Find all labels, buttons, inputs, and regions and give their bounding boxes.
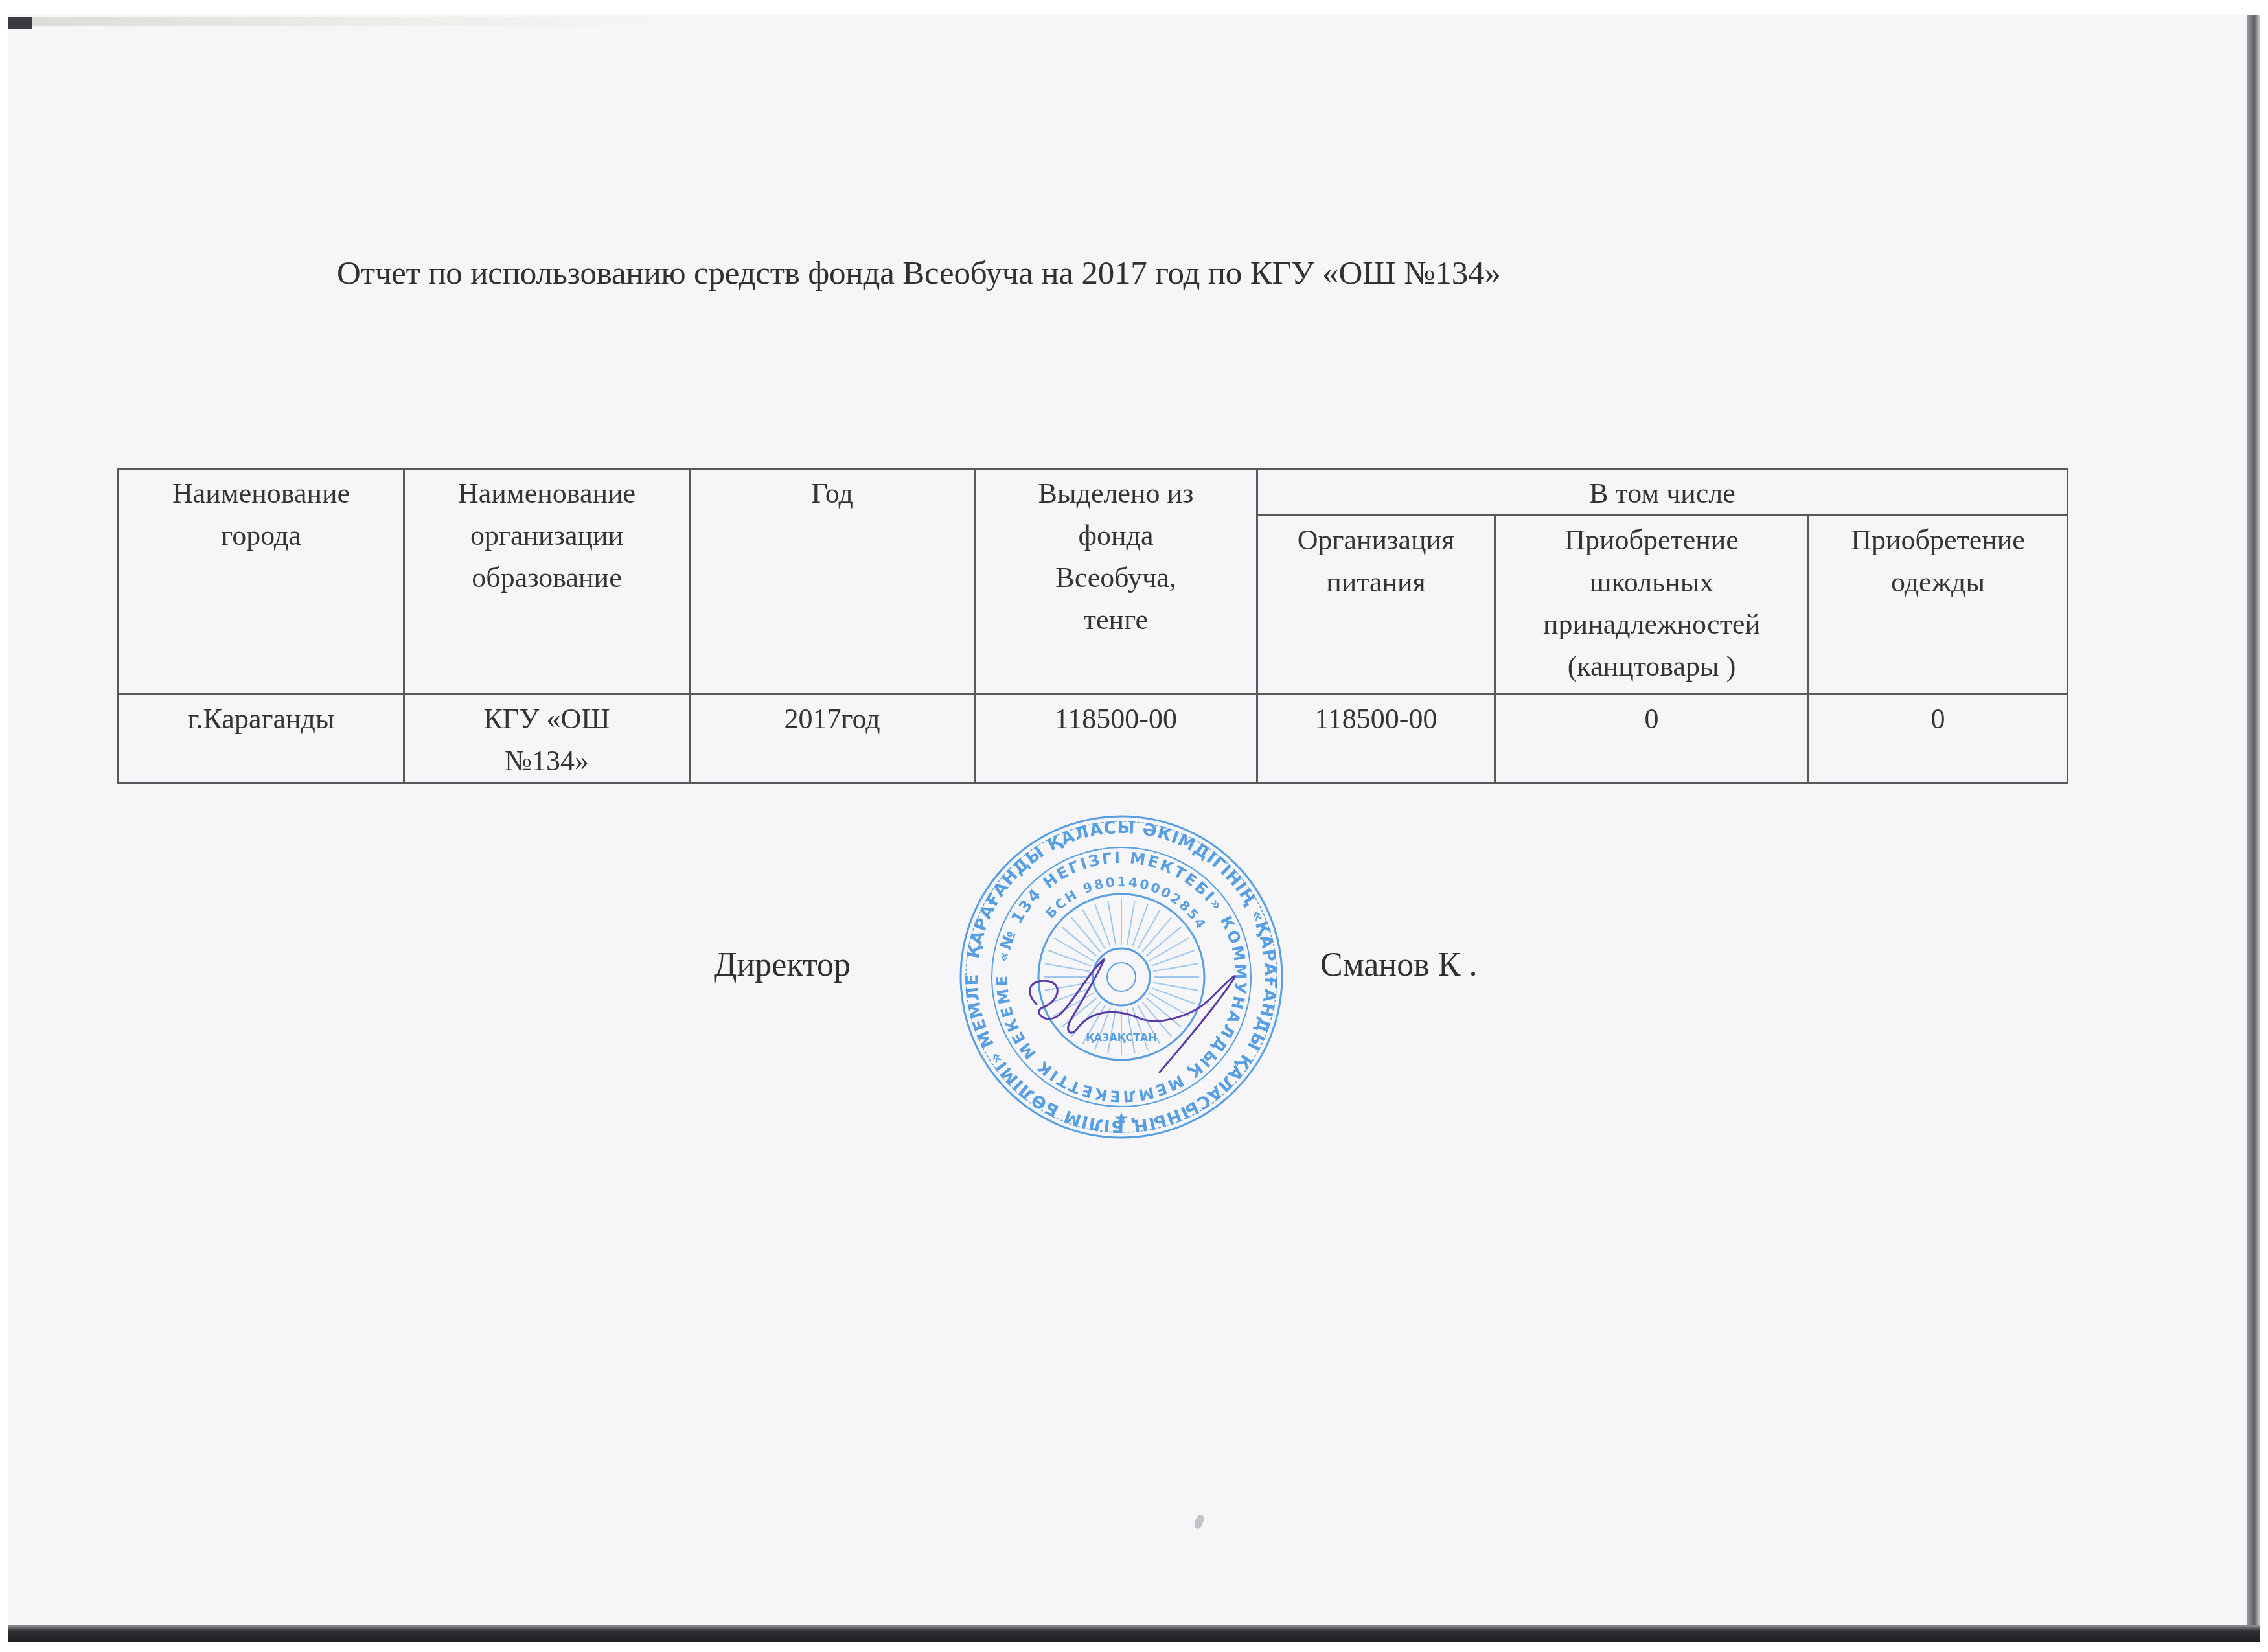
cell-organization: КГУ «ОШ №134» [404, 694, 690, 783]
funds-report-table: Наименование города Наименование организ… [117, 468, 2068, 784]
header-row: Наименование города Наименование организ… [119, 469, 2068, 516]
header-organization: Наименование организации образование [404, 469, 690, 694]
document-title: Отчет по использованию средств фонда Все… [337, 254, 1892, 293]
cell-food: 118500-00 [1257, 694, 1495, 783]
signatory-name: Сманов К . [1320, 946, 1477, 985]
header-city: Наименование города [119, 469, 404, 694]
star-icon: ★ [1114, 1109, 1128, 1129]
table-row: г.Караганды КГУ «ОШ №134» 2017год 118500… [119, 694, 2068, 783]
cell-year: 2017год [690, 694, 975, 783]
scan-edge-right [2247, 15, 2260, 1641]
header-allocated: Выделено из фонда Всеобуча, тенге [975, 469, 1257, 694]
handwritten-signature [998, 920, 1276, 1088]
header-supplies: Приобретение школьных принадлежностей (к… [1495, 516, 1809, 694]
scan-edge-top [32, 17, 680, 26]
signatory-position: Директор [714, 946, 851, 985]
scan-edge-bottom [8, 1625, 2260, 1642]
cell-city: г.Караганды [119, 694, 404, 783]
header-food: Организация питания [1257, 516, 1495, 694]
header-clothing: Приобретение одежды [1809, 516, 2068, 694]
cell-supplies: 0 [1495, 694, 1809, 783]
scan-corner-mark [8, 17, 32, 29]
cell-allocated: 118500-00 [975, 694, 1257, 783]
cell-clothing: 0 [1809, 694, 2068, 783]
header-year: Год [690, 469, 975, 694]
header-including: В том числе [1257, 469, 2068, 516]
